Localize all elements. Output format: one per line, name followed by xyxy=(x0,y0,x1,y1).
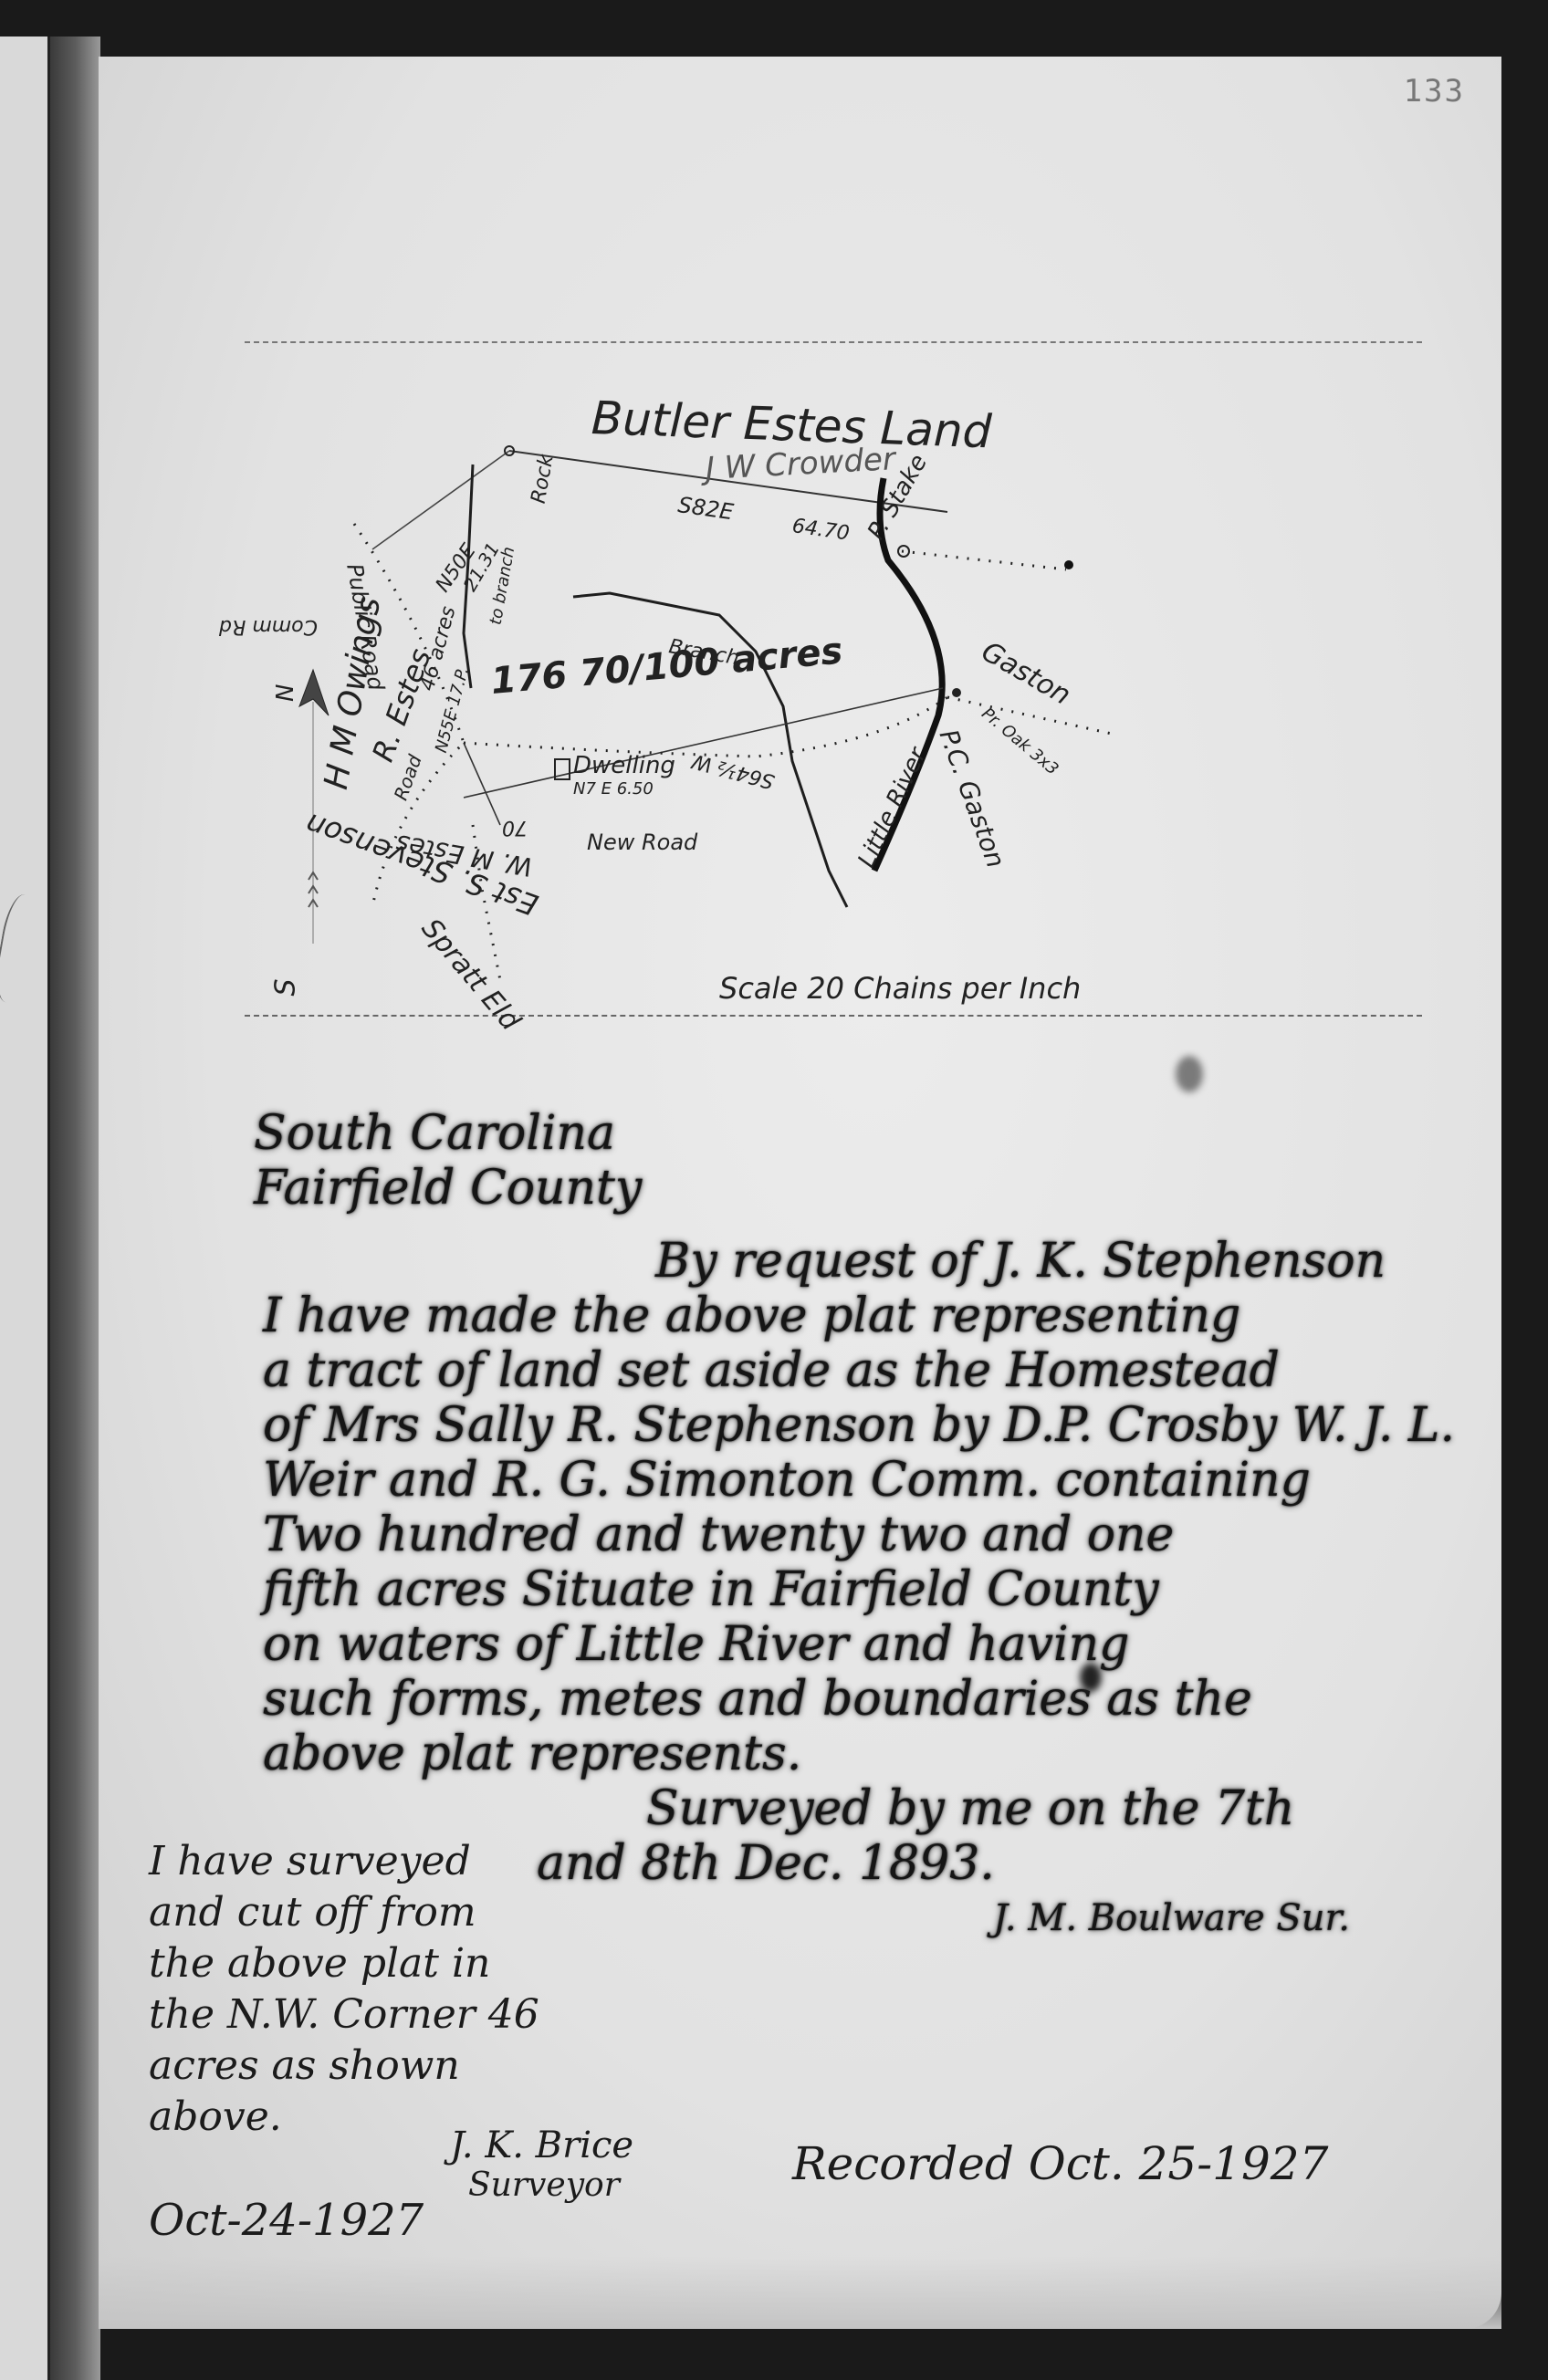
addendum-line: and cut off from xyxy=(149,1887,742,1938)
north-compass-label: N xyxy=(272,684,299,702)
adjacent-page-edge xyxy=(0,37,50,2380)
scale-label: Scale 20 Chains per Inch xyxy=(719,971,1081,1006)
plat-map: Butler Estes Land J W Crowder S82E 64.70… xyxy=(245,341,1422,1017)
certificate-line: such forms, metes and boundaries as the xyxy=(263,1672,1404,1727)
certificate-text: South Carolina Fairfield County By reque… xyxy=(263,1106,1404,1946)
new-road-label: New Road xyxy=(587,830,697,855)
recording-note: Recorded Oct. 25-1927 xyxy=(792,2137,1328,2190)
common-road-label: Comm Rd xyxy=(219,615,318,638)
ink-blot xyxy=(1080,1663,1102,1692)
addendum-date: Oct-24-1927 xyxy=(149,2195,742,2246)
certificate-line: Two hundred and twenty two and one xyxy=(263,1508,1404,1562)
certificate-line: By request of J. K. Stephenson xyxy=(655,1234,1404,1289)
addendum-line: acres as shown xyxy=(149,2041,742,2092)
book-gutter xyxy=(50,37,100,2380)
adjacent-page-mark xyxy=(0,892,47,1006)
sw-line-distance: 70 xyxy=(502,816,528,839)
certificate-line: Weir and R. G. Simonton Comm. containing xyxy=(263,1453,1404,1508)
document-page: 133 xyxy=(99,57,1501,2329)
state-heading: South Carolina xyxy=(254,1106,1404,1161)
addendum-line: the N.W. Corner 46 xyxy=(149,1989,742,2041)
certificate-line: a tract of land set aside as the Homeste… xyxy=(263,1343,1404,1398)
dwelling-line-label: N7 E 6.50 xyxy=(573,779,654,799)
certificate-line: fifth acres Situate in Fairfield County xyxy=(263,1562,1404,1617)
page-number: 133 xyxy=(1404,73,1465,110)
county-heading: Fairfield County xyxy=(254,1161,1404,1216)
dwelling-label: Dwelling xyxy=(573,752,675,779)
certificate-line: I have made the above plat representing xyxy=(263,1289,1404,1343)
addendum-block: I have surveyed and cut off from the abo… xyxy=(149,1836,742,2273)
south-compass-label: S xyxy=(270,978,302,996)
page-bottom-shadow xyxy=(99,2256,1501,2329)
surveyor-signature: J. M. Boulware Sur. xyxy=(993,1891,1404,1946)
survey-date-line: Surveyed by me on the 7th xyxy=(646,1781,1404,1836)
certificate-line: on waters of Little River and having xyxy=(263,1617,1404,1672)
ink-blot xyxy=(1176,1056,1203,1092)
certificate-line: above plat represents. xyxy=(263,1727,1404,1781)
addendum-line: the above plat in xyxy=(149,1938,742,1989)
addendum-line: I have surveyed xyxy=(149,1836,742,1887)
certificate-line: of Mrs Sally R. Stephenson by D.P. Crosb… xyxy=(263,1398,1404,1453)
